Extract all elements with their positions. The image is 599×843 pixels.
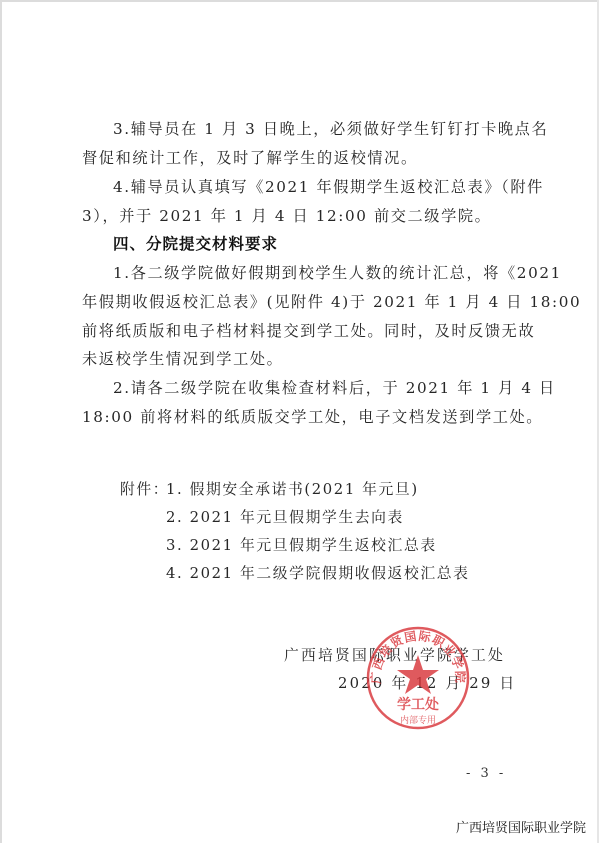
page-number: - 3 - [466,766,506,781]
footer-watermark-brand: 广西培贤国际职业学院 [456,817,586,836]
paragraph-line: 年假期收假返校汇总表》(见附件 4)于 2021 年 1 月 4 日 18:00 [82,292,581,312]
page-border-left [0,0,2,843]
paragraph-line: 未返校学生情况到学工处。 [82,349,283,369]
seal-bottom-text: 内部专用 [400,714,436,726]
attachment-item: 1. 假期安全承诺书(2021 年元旦) [166,480,419,500]
paragraph-line: 4.辅导员认真填写《2021 年假期学生返校汇总表》（附件 [113,177,544,197]
section-heading: 四、分院提交材料要求 [113,234,278,254]
paragraph-line: 3），并于 2021 年 1 月 4 日 12:00 前交二级学院。 [82,206,491,226]
attachment-item: 2. 2021 年元旦假期学生去向表 [166,508,404,528]
paragraph-line: 督促和统计工作，及时了解学生的返校情况。 [82,148,418,168]
page-border-top [0,0,599,2]
paragraph-line: 前将纸质版和电子档材料提交到学工处。同时，及时反馈无故 [82,321,535,341]
seal-center-text: 学工处 [397,696,439,713]
official-seal-icon: 广西培贤国际职业学院 学工处 内部专用 [365,625,471,731]
attachment-item: 3. 2021 年元旦假期学生返校汇总表 [166,536,437,556]
attachment-item: 4. 2021 年二级学院假期收假返校汇总表 [166,564,470,584]
paragraph-line: 2.请各二级学院在收集检查材料后，于 2021 年 1 月 4 日 [113,378,556,398]
attachments-label: 附件： [120,480,169,500]
paragraph-line: 1.各二级学院做好假期到校学生人数的统计汇总，将《2021 [113,263,562,283]
paragraph-line: 3.辅导员在 1 月 3 日晚上，必须做好学生钉钉打卡晚点名 [113,119,548,139]
paragraph-line: 18:00 前将材料的纸质版交学工处，电子文档发送到学工处。 [82,407,543,427]
